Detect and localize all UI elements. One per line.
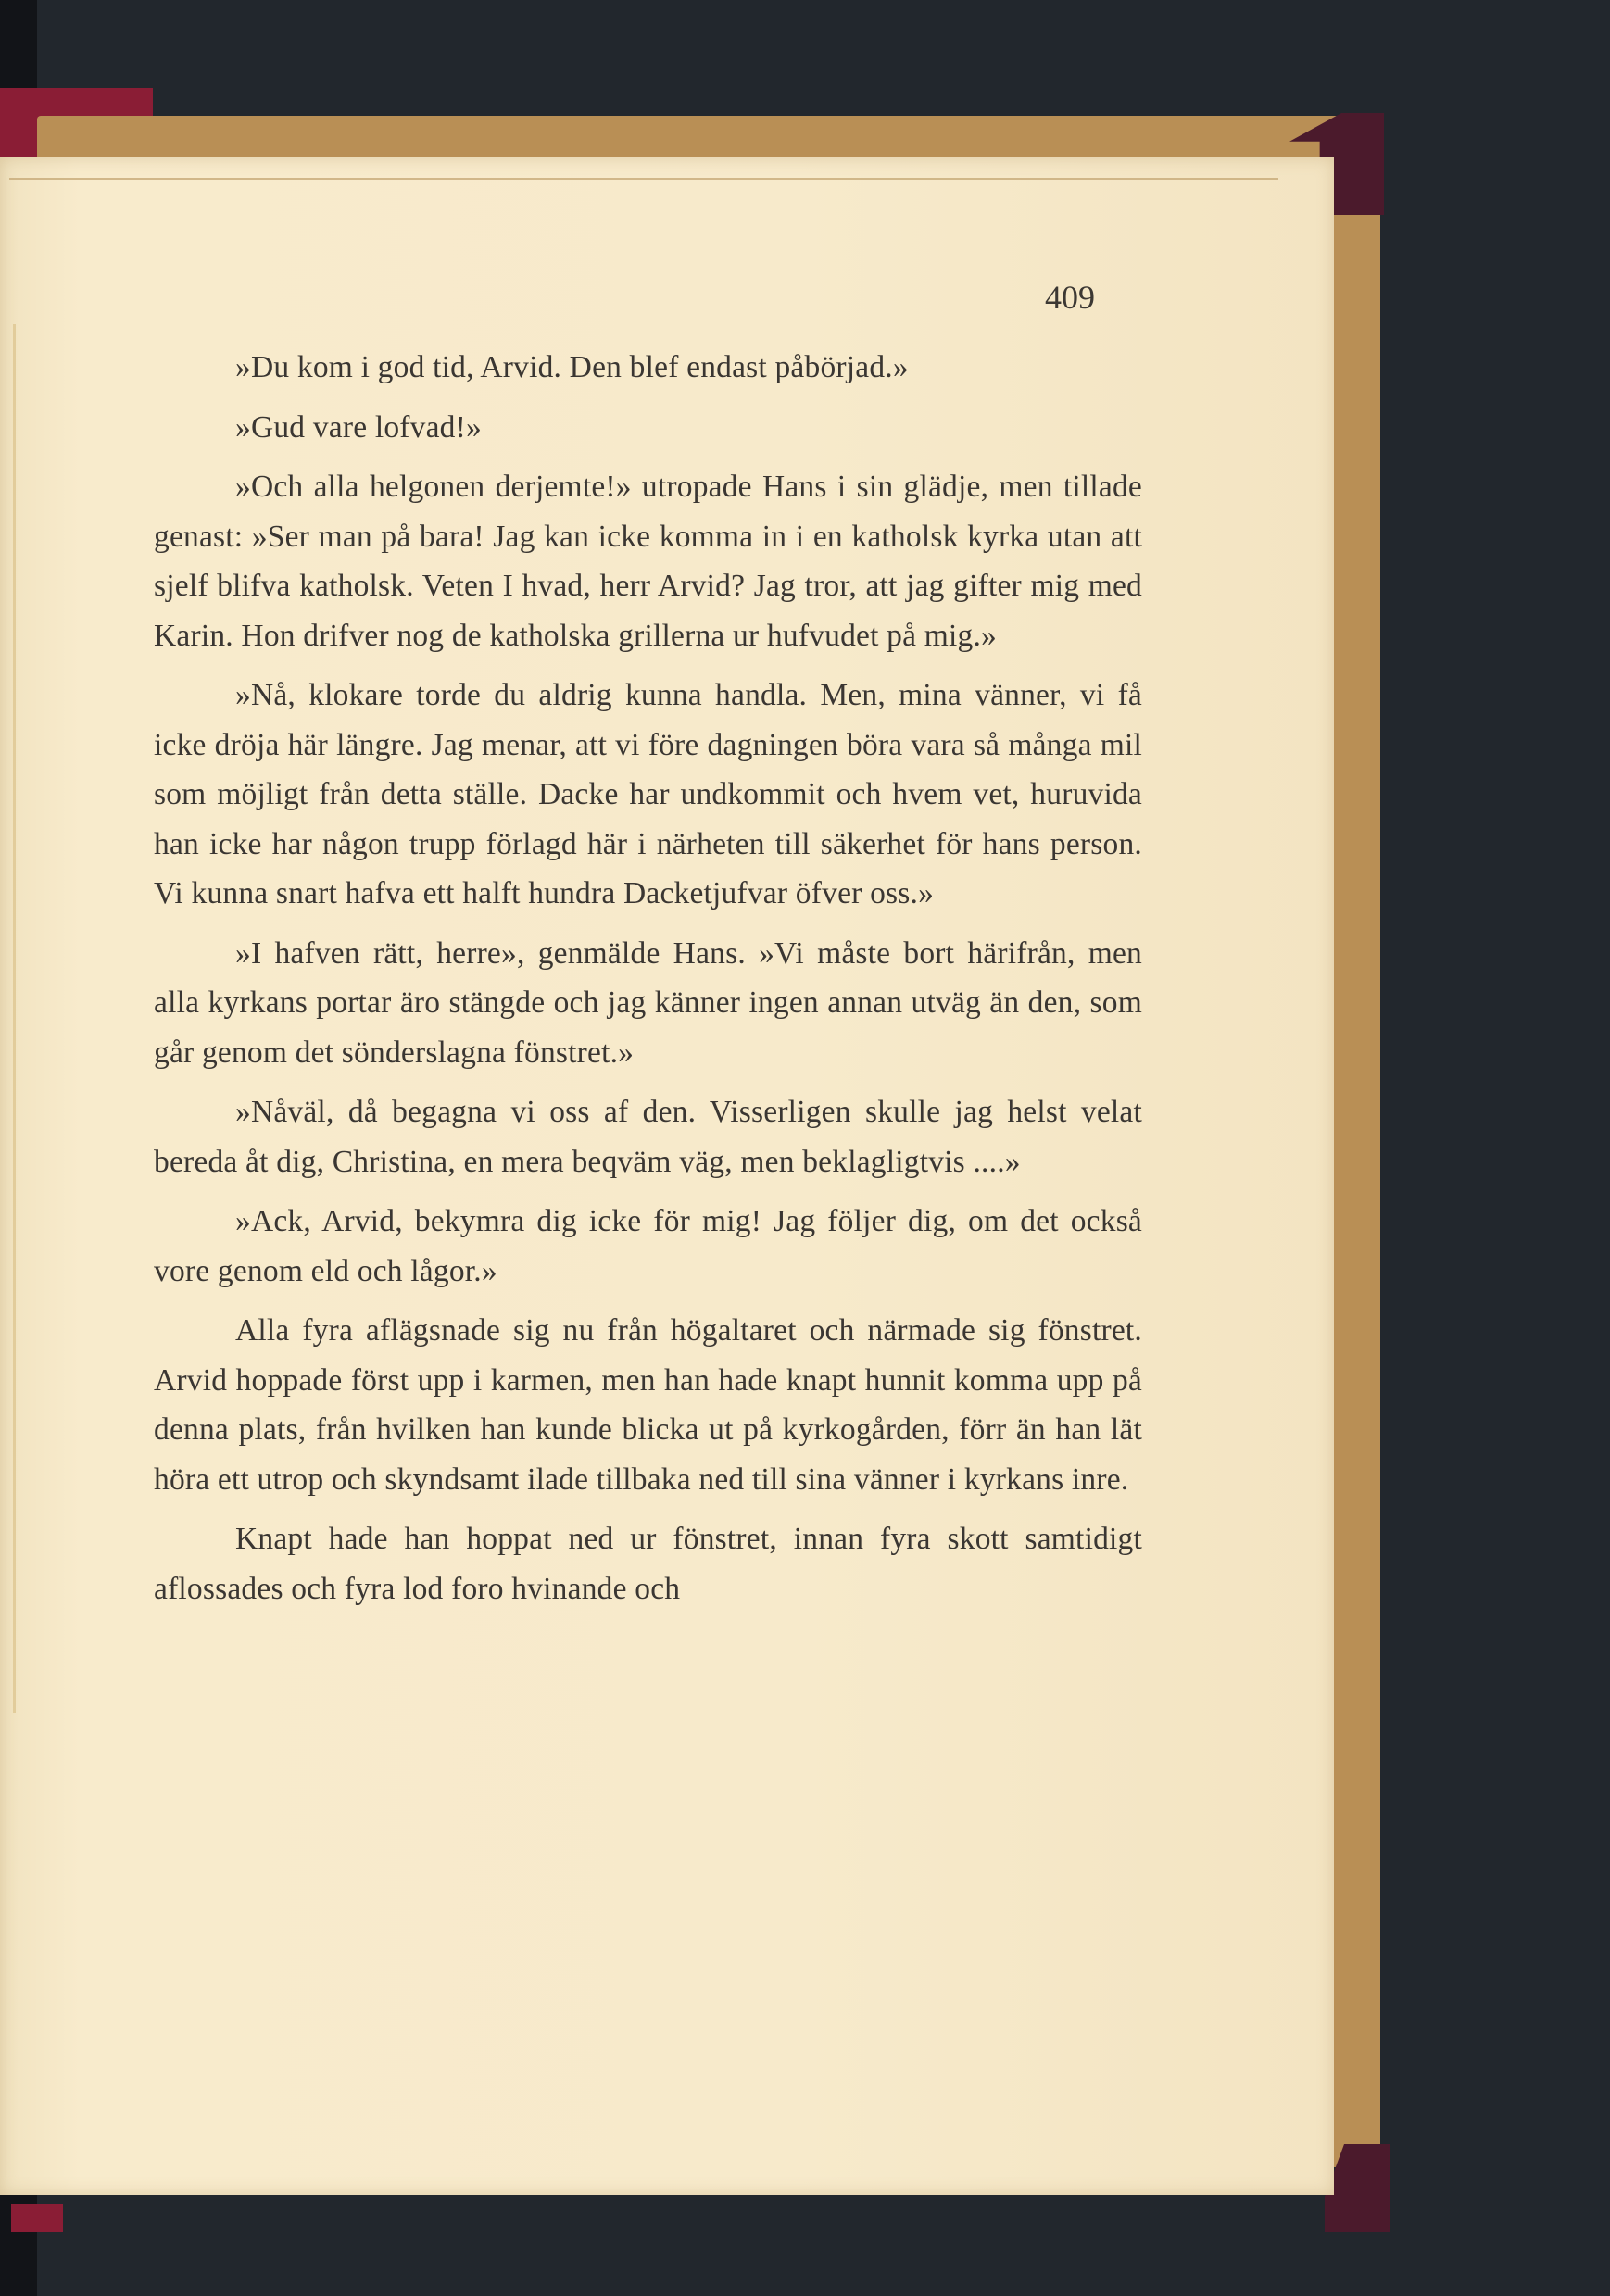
paragraph: Alla fyra aflägsnade sig nu från högalta…: [154, 1306, 1142, 1504]
paragraph: »Gud vare lofvad!»: [154, 403, 1142, 453]
body-text: »Du kom i god tid, Arvid. Den blef endas…: [154, 343, 1142, 1624]
paragraph: Knapt hade han hoppat ned ur fönstret, i…: [154, 1514, 1142, 1613]
cloth-binding-bottom-left: [11, 2204, 63, 2232]
paragraph: »Ack, Arvid, bekymra dig icke för mig! J…: [154, 1197, 1142, 1296]
paragraph: »Och alla helgonen derjemte!» utropade H…: [154, 462, 1142, 660]
paragraph: »Nå, klokare torde du aldrig kunna handl…: [154, 671, 1142, 919]
spine-gutter: [13, 324, 16, 1713]
page-number: 409: [1045, 278, 1095, 317]
paragraph: »Nåväl, då begagna vi oss af den. Visser…: [154, 1087, 1142, 1186]
paragraph: »I hafven rätt, herre», genmälde Hans. »…: [154, 929, 1142, 1078]
paragraph: »Du kom i god tid, Arvid. Den blef endas…: [154, 343, 1142, 393]
page-edge-line: [9, 178, 1278, 180]
